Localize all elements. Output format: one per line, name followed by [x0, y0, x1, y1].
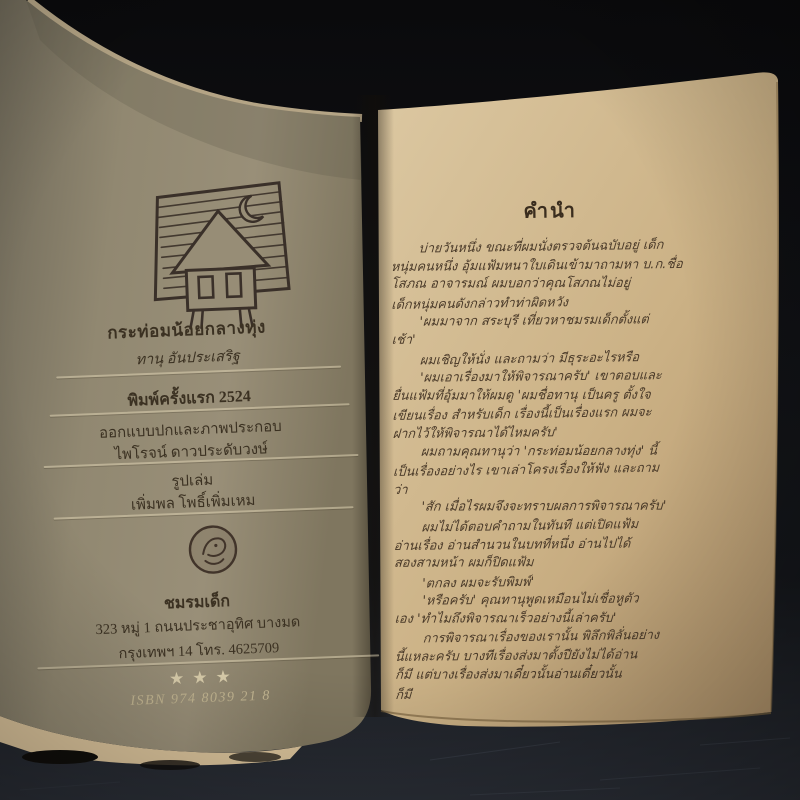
crescent-moon-icon — [239, 195, 263, 222]
handwriting-line: นี้แหละครับ บางทีเรื่องส่งมาตั้งปียังไม่… — [395, 645, 778, 668]
handwriting-lines: บ่ายวันหนึ่ง ขณะที่ผมนั่งตรวจต้นฉบับอยู่… — [391, 236, 778, 705]
house-body — [186, 268, 255, 311]
handwriting-line: 'ผมเอาเรื่องมาให้พิจารณาครับ' เขาตอบและ — [392, 366, 775, 389]
right-page: คำนำ บ่ายวันหนึ่ง ขณะที่ผมนั่งตรวจต้นฉบั… — [378, 0, 786, 762]
handwriting-line: ฝากไว้ให้พิจารณาได้ไหมครับ' — [392, 422, 775, 445]
left-page: กระท่อมน้อยกลางทุ่ง ทานุ อันประเสริฐ พิม… — [0, 0, 394, 787]
hut-moon-illustration — [137, 172, 307, 334]
preface-heading: คำนำ — [380, 193, 720, 229]
publisher-emblem-icon — [184, 519, 242, 581]
